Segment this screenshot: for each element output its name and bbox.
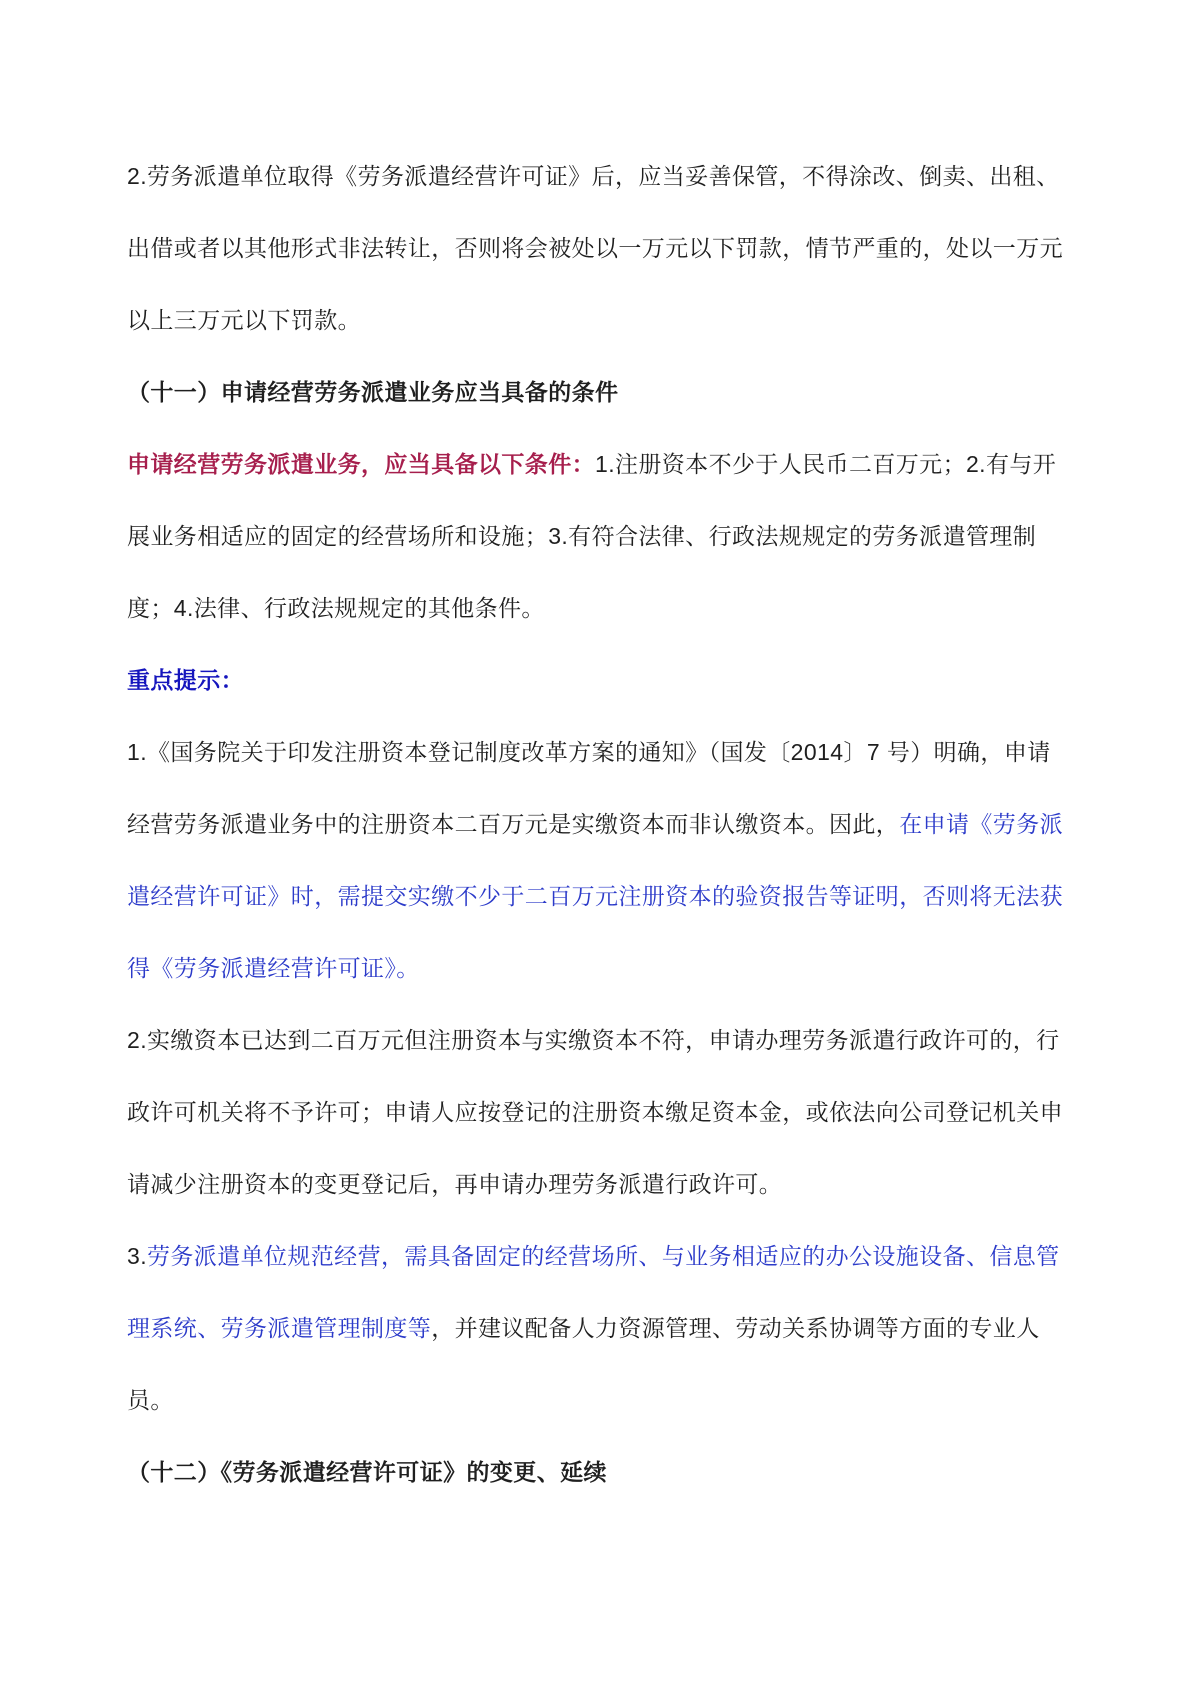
text-run: 申请经营劳务派遣业务，应当具备以下条件： — [127, 451, 595, 477]
para-application-conditions: 申请经营劳务派遣业务，应当具备以下条件：1.注册资本不少于人民币二百万元；2.有… — [127, 428, 1063, 644]
text-run: 2.劳务派遣单位取得《劳务派遣经营许可证》后，应当妥善保管，不得涂改、倒卖、出租… — [127, 163, 1063, 333]
para-tip-1: 1.《国务院关于印发注册资本登记制度改革方案的通知》（国发〔2014〕7 号）明… — [127, 716, 1063, 1004]
text-run: 重点提示： — [127, 667, 244, 693]
heading-section-11: （十一）申请经营劳务派遣业务应当具备的条件 — [127, 356, 1063, 428]
document-body: 2.劳务派遣单位取得《劳务派遣经营许可证》后，应当妥善保管，不得涂改、倒卖、出租… — [127, 140, 1063, 1508]
document-page: 2.劳务派遣单位取得《劳务派遣经营许可证》后，应当妥善保管，不得涂改、倒卖、出租… — [0, 0, 1191, 1684]
text-run: 2.实缴资本已达到二百万元但注册资本与实缴资本不符，申请办理劳务派遣行政许可的，… — [127, 1027, 1063, 1197]
text-run: （十一）申请经营劳务派遣业务应当具备的条件 — [127, 379, 618, 405]
para-certificate-safekeeping: 2.劳务派遣单位取得《劳务派遣经营许可证》后，应当妥善保管，不得涂改、倒卖、出租… — [127, 140, 1063, 356]
text-run: 3. — [127, 1243, 147, 1269]
text-run: （十二）《劳务派遣经营许可证》的变更、延续 — [127, 1459, 607, 1485]
para-tip-3: 3.劳务派遣单位规范经营，需具备固定的经营场所、与业务相适应的办公设施设备、信息… — [127, 1220, 1063, 1436]
heading-section-12: （十二）《劳务派遣经营许可证》的变更、延续 — [127, 1436, 1063, 1508]
para-tip-2: 2.实缴资本已达到二百万元但注册资本与实缴资本不符，申请办理劳务派遣行政许可的，… — [127, 1004, 1063, 1220]
heading-key-tips: 重点提示： — [127, 644, 1063, 716]
